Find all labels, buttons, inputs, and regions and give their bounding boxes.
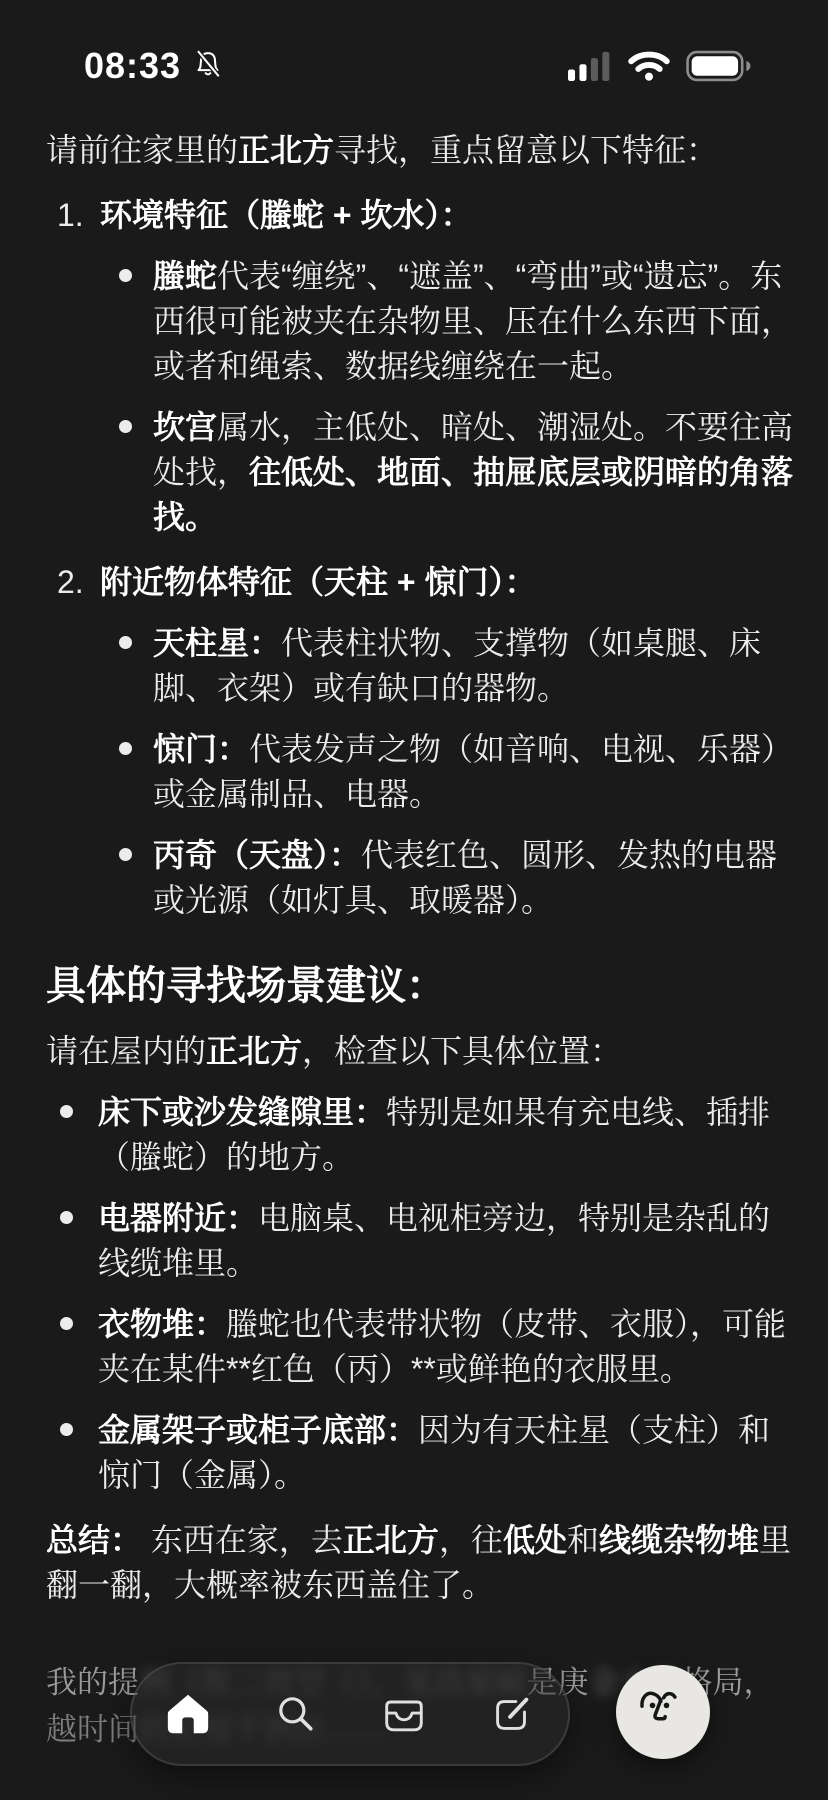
bullet-dot: [54, 1408, 98, 1498]
list-item: 惊门：代表发声之物（如音响、电视、乐器）或金属制品、电器。: [46, 727, 794, 817]
list-item: 床下或沙发缝隙里：特别是如果有充电线、插排（螣蛇）的地方。: [46, 1090, 794, 1180]
numbered-item-2: 2. 附近物体特征（天柱 + 惊门）：: [46, 560, 794, 605]
compose-button[interactable]: [486, 1688, 538, 1740]
floating-toolbar: [130, 1662, 570, 1766]
bullet-dot: [107, 254, 153, 389]
list-item: 电器附近：电脑桌、电视柜旁边，特别是杂乱的线缆堆里。: [46, 1196, 794, 1286]
battery-icon: [686, 50, 752, 82]
bullet-dot: [54, 1196, 98, 1286]
bullet-dot: [107, 405, 153, 540]
face-logo-icon: [628, 1676, 698, 1749]
chat-screen: { "colors": { "background": "#1a1a1a", "…: [0, 0, 828, 1800]
list-item: 金属架子或柜子底部：因为有天柱星（支柱）和惊门（金属）。: [46, 1408, 794, 1498]
wifi-icon: [628, 50, 670, 82]
cellular-signal-icon: [568, 50, 612, 82]
inbox-icon: [380, 1690, 428, 1738]
compose-icon: [488, 1690, 536, 1738]
bullet-dot: [107, 833, 153, 923]
bullet-dot: [54, 1090, 98, 1180]
list-number: 2.: [46, 560, 100, 605]
summary-paragraph: 总结： 东西在家，去正北方，往低处和线缆杂物堆里翻一翻，大概率被东西盖住了。: [46, 1518, 794, 1608]
list-number: 1.: [46, 193, 100, 238]
numbered-item-1: 1. 环境特征（螣蛇 + 坎水）：: [46, 193, 794, 238]
bell-slash-icon: [191, 47, 225, 86]
bullet-dot: [107, 621, 153, 711]
assistant-logo-button[interactable]: [616, 1665, 710, 1759]
home-button[interactable]: [162, 1688, 214, 1740]
search-icon: [273, 1691, 319, 1737]
status-bar-left: 08:33: [84, 45, 225, 87]
list-item: 天柱星：代表柱状物、支撑物（如桌腿、床脚、衣架）或有缺口的器物。: [46, 621, 794, 711]
list-item-title: 附近物体特征（天柱 + 惊门）：: [100, 560, 794, 605]
assistant-message: 请前往家里的正北方寻找，重点留意以下特征： 1. 环境特征（螣蛇 + 坎水）： …: [0, 96, 828, 1608]
clock-time: 08:33: [84, 45, 181, 87]
list-item: 丙奇（天盘）：代表红色、圆形、发热的电器或光源（如灯具、取暖器）。: [46, 833, 794, 923]
inbox-button[interactable]: [378, 1688, 430, 1740]
status-bar-right: [568, 50, 752, 82]
bullet-dot: [54, 1302, 98, 1392]
list-item: 衣物堆：螣蛇也代表带状物（皮带、衣服），可能夹在某件**红色（丙）**或鲜艳的衣…: [46, 1302, 794, 1392]
list-item: 螣蛇代表“缠绕”、“遮盖”、“弯曲”或“遗忘”。东西很可能被夹在杂物里、压在什么…: [46, 254, 794, 389]
status-bar: 08:33: [0, 0, 828, 96]
intro-paragraph: 请前往家里的正北方寻找，重点留意以下特征：: [46, 128, 794, 173]
section-heading: 具体的寻找场景建议：: [46, 959, 794, 1013]
list-item: 坎宫属水，主低处、暗处、潮湿处。不要往高处找，往低处、地面、抽屉底层或阴暗的角落…: [46, 405, 794, 540]
bullet-dot: [107, 727, 153, 817]
list-item-title: 环境特征（螣蛇 + 坎水）：: [100, 193, 794, 238]
home-icon: [164, 1690, 212, 1738]
search-button[interactable]: [270, 1688, 322, 1740]
check-intro-paragraph: 请在屋内的正北方，检查以下具体位置：: [46, 1029, 794, 1074]
